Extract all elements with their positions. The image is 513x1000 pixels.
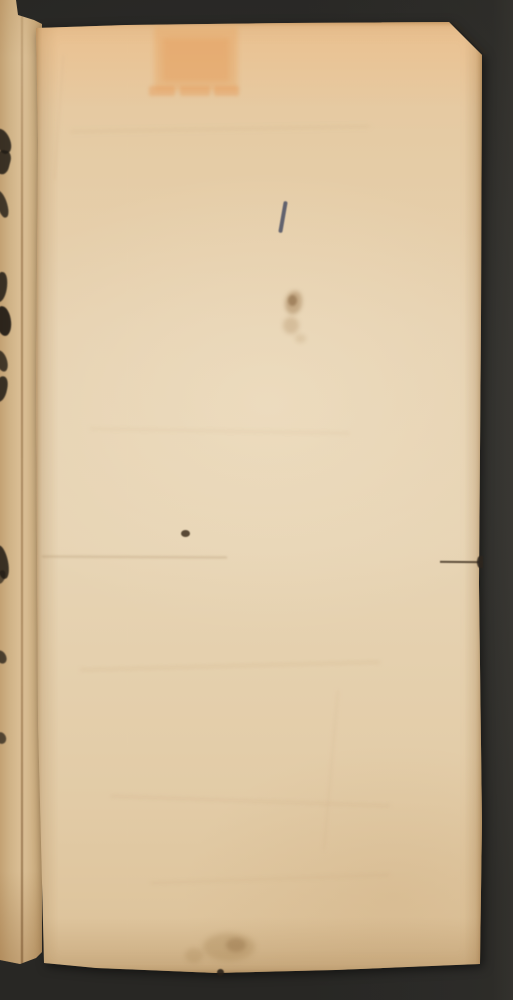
stamp-inner-pattern <box>162 38 230 82</box>
bottom-edge-speck <box>217 969 224 976</box>
stamp-caption-imprint <box>214 86 239 96</box>
bottom-stain-small <box>185 948 203 963</box>
stain-faint <box>295 334 306 343</box>
tear-notch <box>477 556 483 568</box>
wrinkle <box>80 661 380 671</box>
stamp-caption-imprint <box>149 86 175 96</box>
stamp-caption-imprint <box>180 86 210 96</box>
stain-light <box>283 317 299 334</box>
corner-cut-shadow <box>453 21 487 55</box>
wrinkle <box>90 428 350 435</box>
photo-backdrop <box>0 0 513 1000</box>
wrinkle <box>110 795 390 807</box>
page-marks-layer <box>0 0 513 1000</box>
wrinkle <box>54 55 65 180</box>
dark-speck <box>181 530 190 537</box>
stain-core <box>288 295 297 306</box>
wrinkle <box>70 125 370 132</box>
ink-pen-stroke <box>278 201 287 233</box>
wrinkle <box>150 874 390 884</box>
bottom-stain-core <box>226 938 246 952</box>
right-edge-tear <box>440 561 482 563</box>
horizontal-crease <box>42 556 227 559</box>
wrinkle <box>323 690 339 850</box>
